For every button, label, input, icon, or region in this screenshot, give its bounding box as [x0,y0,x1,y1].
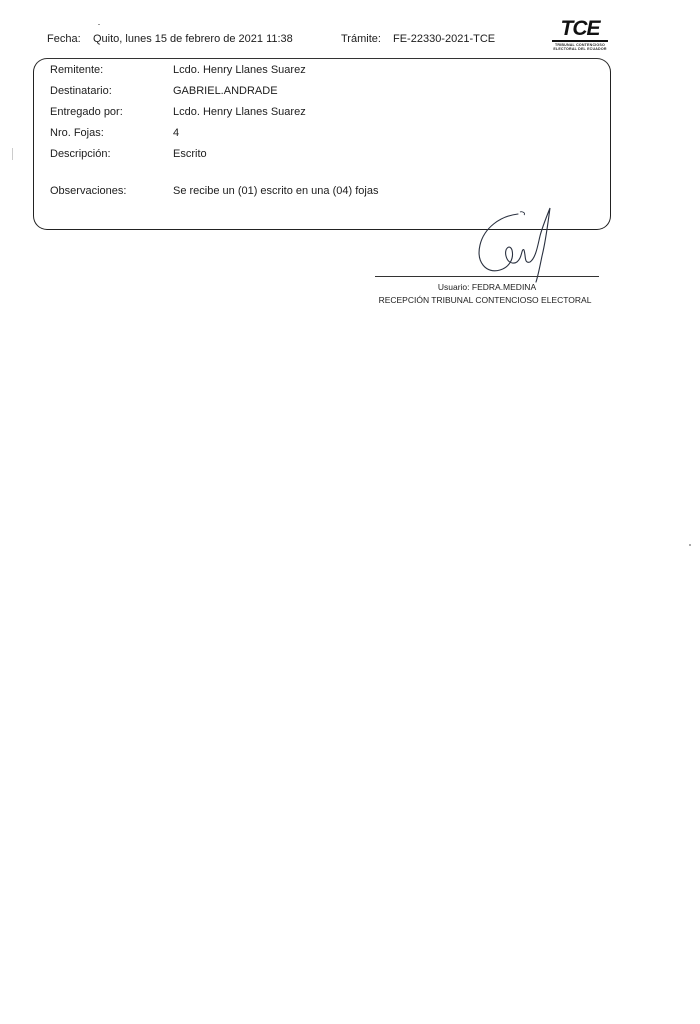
nro-fojas-value: 4 [173,127,179,139]
handwritten-signature [460,200,570,285]
destinatario-label: Destinatario: [50,85,112,97]
usuario-text: Usuario: FEDRA.MEDINA [375,282,599,292]
remitente-label: Remitente: [50,64,103,76]
observaciones-value: Se recibe un (01) escrito en una (04) fo… [173,185,378,197]
signature-line [375,276,599,277]
entregado-por-value: Lcdo. Henry Llanes Suarez [173,106,306,118]
department-text: RECEPCIÓN TRIBUNAL CONTENCIOSO ELECTORAL [360,295,610,305]
tce-logo-subtitle-2: ELECTORAL DEL ECUADOR [548,47,612,51]
fecha-value: Quito, lunes 15 de febrero de 2021 11:38 [93,33,293,45]
observaciones-label: Observaciones: [50,185,126,197]
fecha-label: Fecha: [47,33,81,45]
descripcion-label: Descripción: [50,148,111,160]
tramite-value: FE-22330-2021-TCE [393,33,495,45]
tce-logo: TCE TRIBUNAL CONTENCIOSO ELECTORAL DEL E… [548,19,612,53]
scan-speck [98,24,100,25]
remitente-value: Lcdo. Henry Llanes Suarez [173,64,306,76]
destinatario-value: GABRIEL.ANDRADE [173,85,278,97]
descripcion-value: Escrito [173,148,207,160]
scan-speck [12,148,13,160]
scan-speck [689,544,691,546]
tce-logo-mark: TCE [548,19,612,39]
nro-fojas-label: Nro. Fojas: [50,127,104,139]
tce-logo-bar [552,40,608,42]
entregado-por-label: Entregado por: [50,106,123,118]
tramite-label: Trámite: [341,33,381,45]
